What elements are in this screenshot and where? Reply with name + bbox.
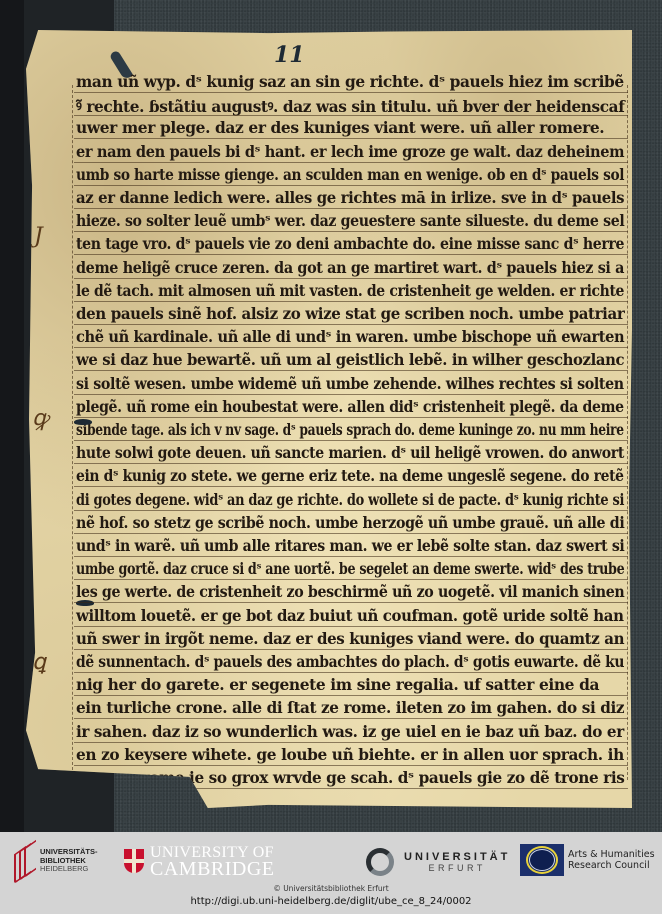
folio-number: 11 xyxy=(274,42,305,68)
margin-mark-1: J xyxy=(34,224,43,249)
ruled-line xyxy=(74,742,628,743)
footer: UNIVERSITÄTS- BIBLIOTHEK HEIDELBERG UNIV… xyxy=(0,832,662,914)
logo-text: HEIDELBERG xyxy=(40,865,98,874)
ruled-line xyxy=(74,486,628,487)
permalink-url[interactable]: http://digi.ub.uni-heidelberg.de/diglit/… xyxy=(0,896,662,907)
ahrc-ellipse-icon xyxy=(520,844,564,876)
column-rule-left xyxy=(72,85,73,780)
ruled-line xyxy=(74,602,628,603)
ruled-line xyxy=(74,208,628,209)
ruled-line xyxy=(74,92,628,93)
ruled-line xyxy=(74,579,628,580)
logo-cambridge[interactable]: UNIVERSITY OF CAMBRIDGE xyxy=(124,844,275,878)
ruled-line xyxy=(74,185,628,186)
ruled-line xyxy=(74,347,628,348)
mount-edge xyxy=(0,0,24,832)
ruled-line xyxy=(74,695,628,696)
logo-ahrc[interactable]: Arts & Humanities Research Council xyxy=(520,844,655,876)
logo-text: Arts & Humanities xyxy=(568,849,655,860)
manuscript-viewer: 11 man uñ wyp. dˢ kunig saz an sin ge ri… xyxy=(0,0,662,832)
ruled-line xyxy=(74,417,628,418)
logo-ub-heidelberg[interactable]: UNIVERSITÄTS- BIBLIOTHEK HEIDELBERG xyxy=(12,844,98,878)
logo-text: Research Council xyxy=(568,860,655,871)
ruled-line xyxy=(74,672,628,673)
ruled-line xyxy=(74,394,628,395)
cambridge-shield-icon xyxy=(124,849,144,873)
ruled-line xyxy=(74,231,628,232)
ruled-line xyxy=(74,138,628,139)
paragraph-mark xyxy=(74,419,92,425)
ruled-line xyxy=(74,301,628,302)
logo-text: UNIVERSITÄT xyxy=(404,851,510,863)
logo-text: CAMBRIDGE xyxy=(150,861,275,878)
ub-heidelberg-icon xyxy=(12,844,34,878)
ruled-line xyxy=(74,463,628,464)
ruled-line xyxy=(74,533,628,534)
ruled-line xyxy=(74,765,628,766)
ruled-line xyxy=(74,510,628,511)
ruled-line xyxy=(74,278,628,279)
ruled-line xyxy=(74,324,628,325)
ruled-line xyxy=(74,649,628,650)
logo-text: ERFURT xyxy=(404,863,510,873)
ruled-line xyxy=(74,718,628,719)
ruled-line xyxy=(74,162,628,163)
ruled-line xyxy=(74,440,628,441)
ruled-line xyxy=(74,370,628,371)
logo-uni-erfurt[interactable]: UNIVERSITÄT ERFURT xyxy=(366,848,510,876)
copyright-notice: © Universitätsbibliothek Erfurt xyxy=(0,884,662,893)
manuscript-page: 11 man uñ wyp. dˢ kunig saz an sin ge ri… xyxy=(26,30,632,808)
erfurt-ring-icon xyxy=(366,848,394,876)
ruled-line xyxy=(74,254,628,255)
ruled-line xyxy=(74,626,628,627)
column-rule-right xyxy=(627,85,628,780)
ruled-line xyxy=(74,556,628,557)
margin-mark-2: ꝙ xyxy=(32,402,49,432)
ruled-line xyxy=(74,115,628,116)
